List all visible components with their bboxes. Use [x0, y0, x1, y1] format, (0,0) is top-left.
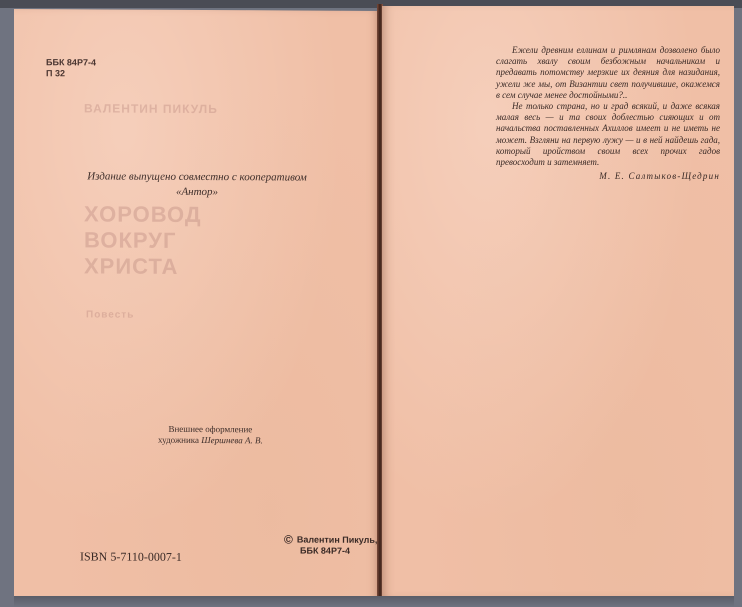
- bbk-classification: ББК 84Р7-4 П 32: [46, 57, 96, 79]
- ghost-title-line: ХРИСТА: [84, 253, 202, 280]
- author-mark: П 32: [46, 68, 96, 79]
- copyright-block: ©Валентин Пикуль, ББК 84Р7-4: [284, 534, 377, 556]
- show-through-title: ХОРОВОД ВОКРУГ ХРИСТА: [84, 201, 202, 280]
- left-page: ББК 84Р7-4 П 32 ВАЛЕНТИН ПИКУЛЬ ХОРОВОД …: [14, 9, 380, 603]
- copyright-line: ©Валентин Пикуль,: [284, 534, 377, 545]
- page-bottom-shadow: [14, 596, 734, 607]
- design-credit: Внешнее оформление художника Шершнева А.…: [158, 424, 263, 447]
- epigraph-attribution: М. Е. Салтыков-Щедрин: [496, 171, 720, 182]
- ghost-title-line: ХОРОВОД: [84, 201, 202, 228]
- artist-name: Шершнева А. В.: [201, 435, 262, 445]
- right-page: Ежели древним еллинам и римлянам дозволе…: [382, 6, 734, 596]
- cooperative-name: «Антор»: [14, 184, 380, 201]
- epigraph-paragraph: Не только страна, но и град всякий, и да…: [496, 101, 720, 168]
- show-through-genre: Повесть: [86, 309, 134, 320]
- copyright-holder: Валентин Пикуль,: [297, 535, 378, 545]
- isbn: ISBN 5-7110-0007-1: [80, 549, 182, 565]
- ghost-title-line: ВОКРУГ: [84, 227, 202, 254]
- cooperative-note: Издание выпущено совместно с кооперативо…: [14, 169, 380, 201]
- design-credit-prefix: художника: [158, 435, 201, 445]
- design-credit-artist-line: художника Шершнева А. В.: [158, 435, 263, 447]
- show-through-author: ВАЛЕНТИН ПИКУЛЬ: [84, 101, 218, 116]
- epigraph: Ежели древним еллинам и римлянам дозволе…: [496, 45, 720, 182]
- epigraph-paragraph: Ежели древним еллинам и римлянам дозволе…: [496, 45, 720, 101]
- design-credit-line: Внешнее оформление: [158, 424, 263, 436]
- bbk-code: ББК 84Р7-4: [46, 57, 96, 68]
- copyright-bbk: ББК 84Р7-4: [284, 545, 377, 556]
- copyright-icon: ©: [284, 532, 293, 546]
